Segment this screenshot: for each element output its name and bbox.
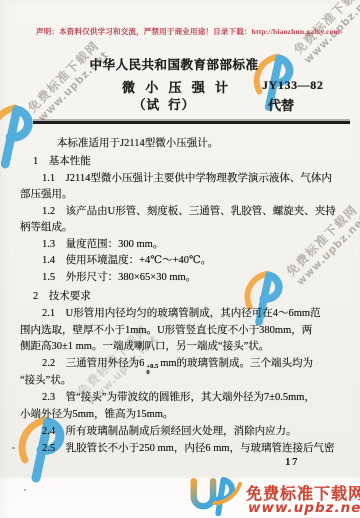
clause-1-4-line: 1.4 使用环境温度：+4℃～+40℃。 <box>42 252 211 267</box>
clause-1-2-line-1: 1.2 该产品由U形管、刻度板、三通管、乳胶管、螺旋夹、夹持 <box>42 203 336 218</box>
clause-2-1-line-1: 2.1 U形管用内径均匀的玻璃管制成，其内径可在4～6mm范 <box>42 305 321 320</box>
clause-2-5-line-1: 2.5 乳胶管长不小于250 mm，内径6 mm，与玻璃管连接后气密 <box>42 440 335 455</box>
standard-number: JY133—82 <box>262 78 323 93</box>
disclaimer-text: 声明：本资料仅供学习和交流，严禁用于商业用途！目录下载：http://biaoz… <box>36 26 340 37</box>
title-divider <box>33 121 350 124</box>
clause-1-3-line: 1.3 量度范围：300 mm。 <box>42 236 163 251</box>
scan-speck <box>12 447 15 449</box>
clause-1-1-line-1: 1.1 J2114型微小压强计主要供中学物理教学演示液体、气体内 <box>42 170 332 185</box>
clause-1-2-line-2: 柄等组成。 <box>20 219 73 234</box>
up-logo-footer-icon <box>186 476 244 516</box>
clause-2-3-line-2: 小端外径为5mm，锥高为15mm。 <box>20 406 173 421</box>
clause-2-2-line-1: 2.2 三通管用外径为6+0.50mm的玻璃管制成。三个端头均为 <box>42 355 313 376</box>
trial-status-label: （试 行） <box>133 95 195 113</box>
tolerance-stack: +0.50 <box>146 364 158 376</box>
watermark-text: 免费标准下载网 www.upbz.net <box>17 30 119 132</box>
clause-2-3-line-1: 2.3 管“接头”为带波纹的圆锥形，其大端外径为7±0.5mm， <box>42 389 315 404</box>
intro-scope-line: 本标准适用于J2114型微小压强计。 <box>57 135 218 150</box>
tolerance-lower: 0 <box>146 370 149 376</box>
standard-authority-line: 中华人民共和国教育部部标准 <box>0 55 354 73</box>
clause-2-2-post: mm的玻璃管制成。三个端头均为 <box>160 358 313 369</box>
clause-1-1-line-2: 部压强用。 <box>20 186 73 201</box>
scan-speck <box>24 489 26 491</box>
clause-2-4-line: 2.4 所有玻璃制品制成后须经回火处理，消除内应力。 <box>42 423 297 438</box>
footer-site-url: www.upbz.net <box>248 500 360 516</box>
section-2-heading: 2 技术要求 <box>33 288 91 303</box>
clause-2-1-line-2: 围内选取，壁厚不小于1mm。U形管竖直长度不小于380mm，两 <box>20 322 312 337</box>
clause-2-2-pre: 2.2 三通管用外径为6 <box>42 358 144 369</box>
standard-title: 微 小 压 强 计 <box>122 77 229 96</box>
scanned-standard-page: 免费标准下载网 www.upbz.net 免费标准下载网 www.upbz.ne… <box>0 0 360 518</box>
clause-2-1-line-3: 侧距高30±1 mm。一端成喇叭口，另一端成“接头”状。 <box>20 338 269 353</box>
page-number: 17 <box>285 456 299 468</box>
watermark-site-name: 免费标准下载网 <box>17 30 110 123</box>
clause-1-5-line: 1.5 外形尺寸：380×65×30 mm。 <box>42 269 196 284</box>
replaces-label: 代替 <box>268 95 294 114</box>
clause-2-2-line-2: “接头”状。 <box>20 372 71 387</box>
section-1-heading: 1 基本性能 <box>33 153 91 168</box>
